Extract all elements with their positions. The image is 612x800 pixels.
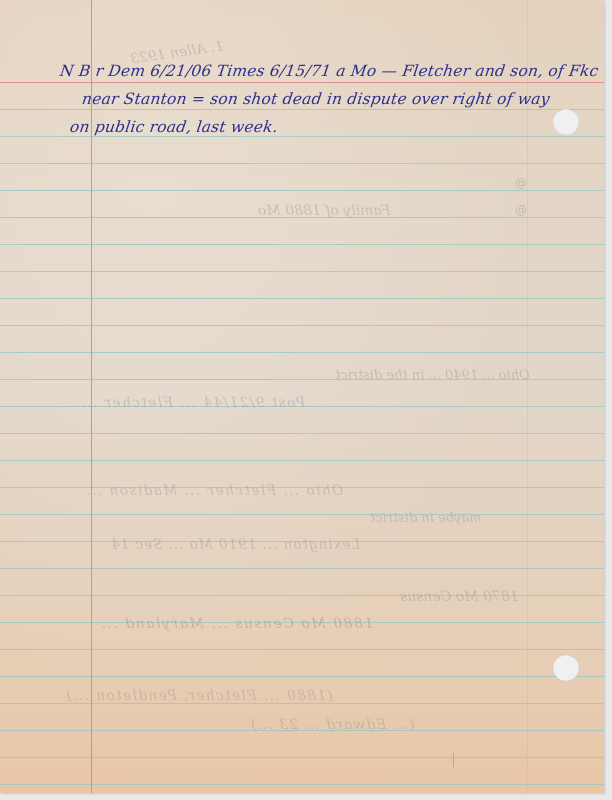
bleed-through-mark: @ xyxy=(515,176,527,190)
note-line-3: on public road, last week. xyxy=(69,120,279,136)
right-margin-line xyxy=(527,0,528,793)
bleed-through-mark: @ xyxy=(515,203,527,217)
hole-punch-bottom xyxy=(553,655,579,681)
bleed-through-text: (1880 ... Fletcher, Pendleton ...) xyxy=(65,690,333,704)
bleed-through-text: Ohio ... 1940 ... in the district xyxy=(335,369,530,382)
bleed-through-text: Ohio ... Fletcher ... Madison ... xyxy=(85,485,343,499)
bleed-through-text: 1870 Mo Census xyxy=(400,590,519,604)
bleed-through-text: Post 9/21/44 ... Fletcher ... xyxy=(80,397,305,411)
bleed-through-text: Lexington ... 1910 Mo ... Sec 14 xyxy=(110,539,360,553)
note-line-2: near Stanton = son shot dead in dispute … xyxy=(81,92,551,108)
notebook-page: 1. Allen 1923 Family of 1880 Mo @ @ Ohio… xyxy=(0,0,604,793)
pencil-mark xyxy=(453,753,454,767)
bleed-through-text: 1880 Mo Census ... Maryland ... xyxy=(100,617,373,631)
bleed-through-text: (... Edward ... 23 ...) xyxy=(250,718,415,732)
note-line-1: N B r Dem 6/21/06 Times 6/15/71 a Mo — F… xyxy=(59,64,600,80)
hole-punch-top xyxy=(553,109,579,135)
bleed-through-text: maybe in district xyxy=(370,512,481,525)
bleed-through-text: Family of 1880 Mo xyxy=(258,204,391,218)
